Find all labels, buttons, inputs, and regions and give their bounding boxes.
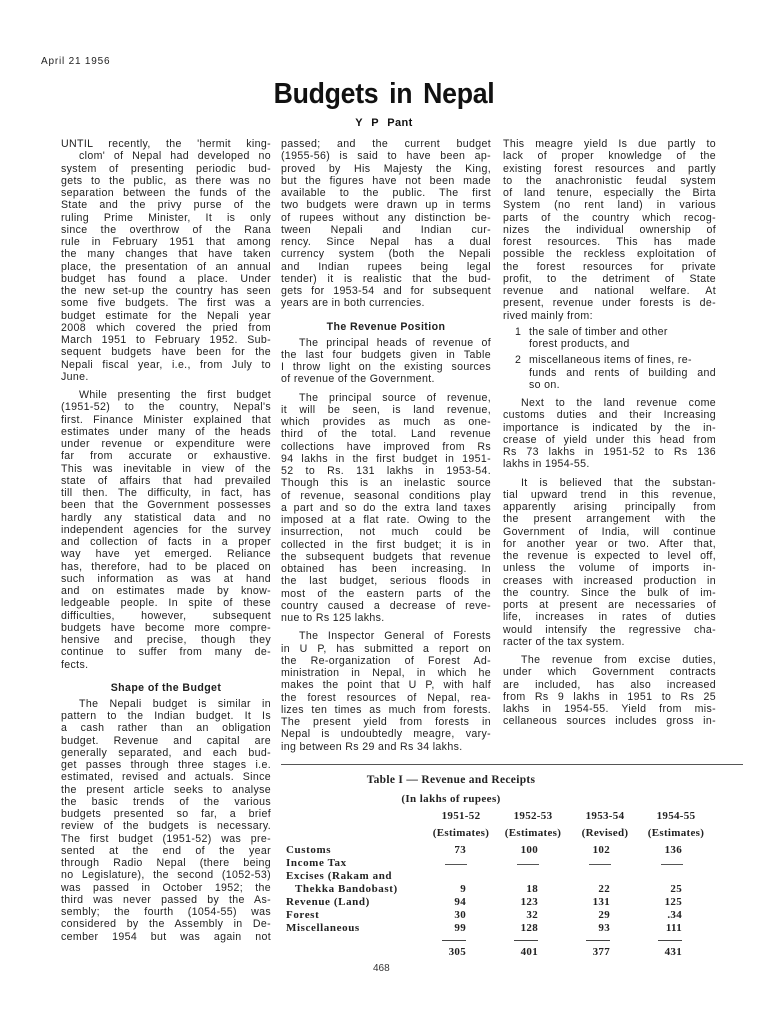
text-line: March 1951 to February 1952. Sub- <box>61 334 271 346</box>
row-label: Excises (Rakam and <box>286 870 392 882</box>
list-item-text: the sale of timber and other <box>529 326 668 338</box>
text-line: some five budgets. The first was a <box>61 297 271 309</box>
text-line: the Re-organization of Forest Ad- <box>281 655 491 667</box>
total-cell: 431 <box>642 946 682 958</box>
text-line: independent agencies for the survey <box>61 524 271 536</box>
text-line: imposed at a flat rate. Owing to the <box>281 514 491 526</box>
table-cell: 93 <box>570 922 610 934</box>
table-cell: 125 <box>642 896 682 908</box>
text-line: most of the eastern parts of the <box>281 588 491 600</box>
text-line: has, therefore, had to be placed on <box>61 561 271 573</box>
text-line: It is believed that the substan- <box>503 477 716 489</box>
text-line: lizes ten times as much from forests. <box>281 704 491 716</box>
column-1: UNTIL recently, the 'hermit king-clom' o… <box>61 138 271 943</box>
list-item-line: so on. <box>503 379 716 391</box>
text-line: existing forest resources and partly <box>503 163 716 175</box>
text-line: Nepal is undoubtedly meagre, vary- <box>281 728 491 740</box>
text-line: review of the budgets is necessary. <box>61 820 271 832</box>
numbered-list: 1the sale of timber and otherforest prod… <box>503 326 716 391</box>
text-line: importance is indicated by the in- <box>503 422 716 434</box>
row-label: Revenue (Land) <box>286 896 370 908</box>
paragraph: The Nepali budget is similar inpattern t… <box>61 698 271 943</box>
text-line: The Inspector General of Forests <box>281 630 491 642</box>
table-cell: 30 <box>426 909 466 921</box>
text-line: fects. <box>61 659 271 671</box>
table-cell: 100 <box>498 844 538 856</box>
text-line: and Indian rupees being legal <box>281 261 491 273</box>
text-line: difficulties, however, subsequent <box>61 610 271 622</box>
nil-dash <box>517 864 539 865</box>
list-item-line: funds and rents of building and <box>503 367 716 379</box>
text-line: the new set-up the country has seen <box>61 285 271 297</box>
text-line: available to the public. The first <box>281 187 491 199</box>
table-cell: 9 <box>426 883 466 895</box>
text-line: ing between Rs 29 and Rs 34 lakhs. <box>281 741 491 753</box>
text-line: nue to Rs 125 lakhs. <box>281 612 491 624</box>
paragraph: passed; and the current budget(1955-56) … <box>281 138 491 310</box>
text-line: and on estimates made by know- <box>61 585 271 597</box>
text-line: State and the privy purse of the <box>61 199 271 211</box>
text-line: The principal source of revenue, <box>281 392 491 404</box>
text-line: rived mainly from: <box>503 310 716 322</box>
text-line: through Radio Nepal (there being <box>61 857 271 869</box>
list-item-text: miscellaneous items of fines, re- <box>529 354 692 366</box>
section-heading: The Revenue Position <box>281 320 491 334</box>
text-line: budget has found a place. Under <box>61 273 271 285</box>
text-line: generally separated, and each bud- <box>61 747 271 759</box>
text-line: hensive and precise, though they <box>61 634 271 646</box>
text-line: I throw light on the existing sources <box>281 361 491 373</box>
text-line: tial upward trend in this revenue, <box>503 489 716 501</box>
text-line: the last four budgets given in Table <box>281 349 491 361</box>
text-line: lakhs in 1954-55. Yield from mis- <box>503 703 716 715</box>
text-line: been that the Government possesses <box>61 499 271 511</box>
text-line: considered by the Assembly in De- <box>61 918 271 930</box>
text-line: lack of proper knowledge of the <box>503 150 716 162</box>
text-line: sembly; the fourth (1054-55) was <box>61 906 271 918</box>
text-line: till then. The difficulty, in fact, has <box>61 487 271 499</box>
text-line: budget estimate for the Nepali year <box>61 310 271 322</box>
paragraph: Next to the land revenue comecustoms dut… <box>503 397 716 471</box>
text-line: present, revenue under forests is de- <box>503 297 716 309</box>
table-cell: 111 <box>642 922 682 934</box>
text-line: a cash rather than an obligation <box>61 722 271 734</box>
text-line: rule in February 1951 that among <box>61 236 271 248</box>
text-line: possible the reckless exploitation of <box>503 248 716 260</box>
text-line: cember 1954 but was again not <box>61 931 271 943</box>
table-cell: 18 <box>498 883 538 895</box>
text-line: was passed in October 1952; the <box>61 882 271 894</box>
table-cell: 32 <box>498 909 538 921</box>
text-line: the subsequent budgets that revenue <box>281 551 491 563</box>
text-line: This was inevitable in view of the <box>61 463 271 475</box>
text-line: While presenting the first budget <box>61 389 271 401</box>
text-line: System (no rent land) in various <box>503 199 716 211</box>
text-line: which provides as much as one- <box>281 416 491 428</box>
text-line: hardly any statistical data and no <box>61 512 271 524</box>
column-2: passed; and the current budget(1955-56) … <box>281 138 491 753</box>
section-heading: Shape of the Budget <box>61 681 271 695</box>
table-cell: 25 <box>642 883 682 895</box>
table-cell: 123 <box>498 896 538 908</box>
text-line: This meagre yield Is due partly to <box>503 138 716 150</box>
text-line: Though this is an inelastic source <box>281 477 491 489</box>
text-line: the forest resources for private <box>503 261 716 273</box>
column-header-type: (Estimates) <box>636 827 716 839</box>
text-line: third was never passed by the As- <box>61 894 271 906</box>
column-header-year: 1952-53 <box>493 810 573 822</box>
text-line: sequent budgets have been for the <box>61 346 271 358</box>
text-line: for another year or two. After that, <box>503 538 716 550</box>
text-line: would intensify the regressive cha- <box>503 624 716 636</box>
nil-dash <box>445 864 467 865</box>
text-line: lakhs in 1954-55. <box>503 458 716 470</box>
text-line: The revenue from excise duties, <box>503 654 716 666</box>
text-line: Nepali fiscal year, i.e., from July to <box>61 359 271 371</box>
text-line: The Nepali budget is similar in <box>61 698 271 710</box>
text-line: The first budget (1951-52) was pre- <box>61 833 271 845</box>
row-label-continued: Thekka Bandobast) <box>295 883 398 895</box>
list-item-line: forest products, and <box>503 338 716 350</box>
text-line: budgets have become more compre- <box>61 622 271 634</box>
text-line: gets to the public, as there was no <box>61 175 271 187</box>
text-line: the many changes that have taken <box>61 248 271 260</box>
paragraph: UNTIL recently, the 'hermit king-clom' o… <box>61 138 271 383</box>
text-line: makes the point that U P, with half <box>281 679 491 691</box>
column-header-type: (Estimates) <box>421 827 501 839</box>
table-cell: 102 <box>570 844 610 856</box>
row-label: Customs <box>286 844 331 856</box>
text-line: The present yield from forests in <box>281 716 491 728</box>
list-item-number: 2 <box>515 354 529 366</box>
text-line: insurrection, not much could be <box>281 526 491 538</box>
table-cell: 131 <box>570 896 610 908</box>
text-line: but the figures have not been made <box>281 175 491 187</box>
text-line: of rupees without any distinction be- <box>281 212 491 224</box>
table-caption: Table I — Revenue and Receipts <box>281 774 621 786</box>
text-line: June. <box>61 371 271 383</box>
text-line: estimated, revised and actuals. Since <box>61 771 271 783</box>
text-line: two budgets were drawn up in terms <box>281 199 491 211</box>
column-3: This meagre yield Is due partly tolack o… <box>503 138 716 728</box>
text-line: separation between the funds of the <box>61 187 271 199</box>
text-line: (1955-56) is said to have been ap- <box>281 150 491 162</box>
text-line: state of affairs that had prevailed <box>61 475 271 487</box>
text-line: the basic trends of the various <box>61 796 271 808</box>
table-cell: 99 <box>426 922 466 934</box>
text-line: get passes through three stages i.e. <box>61 759 271 771</box>
text-line: life, increases in rates of duties <box>503 611 716 623</box>
text-line: cellaneous sources includes gross in- <box>503 715 716 727</box>
text-line: passed; and the current budget <box>281 138 491 150</box>
column-header-type: (Revised) <box>565 827 645 839</box>
text-line: country caused a decrease of reve- <box>281 600 491 612</box>
paragraph: The revenue from excise duties,under whi… <box>503 654 716 728</box>
text-line: profit, to the detriment of State <box>503 273 716 285</box>
revenue-table: Table I — Revenue and Receipts (In lakhs… <box>281 764 743 964</box>
text-line: estimates under many of the heads <box>61 426 271 438</box>
sum-rule <box>586 940 610 941</box>
text-line: collected in the first budget; it is in <box>281 539 491 551</box>
text-line: the forest resources of Nepal, rea- <box>281 692 491 704</box>
paragraph: The principal source of revenue,it will … <box>281 392 491 625</box>
row-label: Income Tax <box>286 857 347 869</box>
table-cell: 136 <box>642 844 682 856</box>
sum-rule <box>514 940 538 941</box>
table-cell: 128 <box>498 922 538 934</box>
sum-rule <box>442 940 466 941</box>
text-line: far from accurate or exhaustive. <box>61 450 271 462</box>
column-header-year: 1954-55 <box>636 810 716 822</box>
table-cell: 29 <box>570 909 610 921</box>
total-cell: 401 <box>498 946 538 958</box>
text-line: nizes the individual ownership of <box>503 224 716 236</box>
row-label: Miscellaneous <box>286 922 360 934</box>
text-line: in U P, has submitted a report on <box>281 643 491 655</box>
text-line: creases with increased production in <box>503 575 716 587</box>
list-item-number: 1 <box>515 326 529 338</box>
total-cell: 305 <box>426 946 466 958</box>
text-line: the last budget, serious floods in <box>281 575 491 587</box>
text-line: of land tenure, especially the Birta <box>503 187 716 199</box>
text-line: crease of yield under this head from <box>503 434 716 446</box>
text-line: ministration in Nepal, in which he <box>281 667 491 679</box>
page-number: 468 <box>373 963 390 974</box>
text-line: no Legislature), the second (1052-53) <box>61 869 271 881</box>
text-line: rency. Since Nepal has a dual <box>281 236 491 248</box>
text-line: tender) it is realistic that the bud- <box>281 273 491 285</box>
text-line: and collection of facts in a proper <box>61 536 271 548</box>
text-line: currency system (both the Nepali <box>281 248 491 260</box>
text-line: pattern to the Indian budget. It Is <box>61 710 271 722</box>
text-line: Government of India, will continue <box>503 526 716 538</box>
text-line: The principal heads of revenue of <box>281 337 491 349</box>
sum-rule <box>658 940 682 941</box>
text-line: 52 to Rs. 131 lakhs in 1953-54. <box>281 465 491 477</box>
text-line: a part and so do the extra land taxes <box>281 502 491 514</box>
article-title: Budgets in Nepal <box>31 78 738 111</box>
text-line: UNTIL recently, the 'hermit king- <box>61 138 271 150</box>
table-cell: .34 <box>642 909 682 921</box>
text-line: under revenue or expenditure were <box>61 438 271 450</box>
text-line: to the anachronistic feudal system <box>503 175 716 187</box>
text-line: under which Government contracts <box>503 666 716 678</box>
text-line: budget. Revenue and capital are <box>61 735 271 747</box>
text-line: continue to suffer from many de- <box>61 646 271 658</box>
total-cell: 377 <box>570 946 610 958</box>
paragraph: It is believed that the substan-tial upw… <box>503 477 716 649</box>
text-line: proved by His Majesty the King, <box>281 163 491 175</box>
text-line: are included, has also increased <box>503 679 716 691</box>
text-line: it will be seen, is land revenue, <box>281 404 491 416</box>
text-line: parts of the country which recog- <box>503 212 716 224</box>
text-line: obtained has been increasing. In <box>281 563 491 575</box>
paragraph: The principal heads of revenue ofthe las… <box>281 337 491 386</box>
author-byline: Y P Pant <box>0 117 768 129</box>
text-line: ruling Prime Minister, It is only <box>61 212 271 224</box>
text-line: customs duties and their Increasing <box>503 409 716 421</box>
text-line: Next to the land revenue come <box>503 397 716 409</box>
paragraph: The Inspector General of Forestsin U P, … <box>281 630 491 753</box>
text-line: way have yet emerged. Reliance <box>61 548 271 560</box>
text-line: Rs 73 lakhs in 1951-52 to Rs 136 <box>503 446 716 458</box>
text-line: from Rs 9 lakhs in 1951 to Rs 25 <box>503 691 716 703</box>
text-line: forest resources. This has made <box>503 236 716 248</box>
text-line: the present arrangement with the <box>503 513 716 525</box>
table-cell: 22 <box>570 883 610 895</box>
text-line: the present article seeks to analyse <box>61 784 271 796</box>
text-line: clom' of Nepal had developed no <box>61 150 271 162</box>
text-line: gets for 1953-54 and for subsequent <box>281 285 491 297</box>
table-subcaption: (In lakhs of rupees) <box>281 793 621 805</box>
text-line: collections have improved from Rs <box>281 441 491 453</box>
text-line: third of the total. Land revenue <box>281 428 491 440</box>
text-line: sented at the end of the year <box>61 845 271 857</box>
text-line: the country. Since the bulk of im- <box>503 587 716 599</box>
paragraph: While presenting the first budget(1951-5… <box>61 389 271 671</box>
table-cell: 94 <box>426 896 466 908</box>
column-header-year: 1953-54 <box>565 810 645 822</box>
list-item-line: 1the sale of timber and other <box>503 326 716 338</box>
text-line: 2008 which covered the pried from <box>61 322 271 334</box>
text-line: (1951-52) to the country, Nepal's <box>61 401 271 413</box>
text-line: revenue and national welfare. At <box>503 285 716 297</box>
column-header-year: 1951-52 <box>421 810 501 822</box>
column-header-type: (Estimates) <box>493 827 573 839</box>
table-top-rule <box>281 764 743 765</box>
text-line: ledgeable people. In spite of these <box>61 597 271 609</box>
text-line: such information as was at hand <box>61 573 271 585</box>
text-line: since the overthrow of the Rana <box>61 224 271 236</box>
text-line: place, the presentation of an annual <box>61 261 271 273</box>
issue-date: April 21 1956 <box>41 56 110 67</box>
text-line: racter of the tax system. <box>503 636 716 648</box>
nil-dash <box>589 864 611 865</box>
text-line: of revenue, seasonal conditions play <box>281 490 491 502</box>
text-line: ports at present are necessaries of <box>503 599 716 611</box>
text-line: tween Nepali and Indian cur- <box>281 224 491 236</box>
text-line: first. Finance Minister explained that <box>61 414 271 426</box>
text-line: 94 lakhs in the first budget in 1951- <box>281 453 491 465</box>
list-item-line: 2miscellaneous items of fines, re- <box>503 354 716 366</box>
text-line: of revenue of the Government. <box>281 373 491 385</box>
row-label: Forest <box>286 909 319 921</box>
table-cell: 73 <box>426 844 466 856</box>
text-line: the revenue is expected to level off, <box>503 550 716 562</box>
text-line: apparently arising principally from <box>503 501 716 513</box>
text-line: budgets presented so far, a brief <box>61 808 271 820</box>
text-line: system of presenting periodic bud- <box>61 163 271 175</box>
paragraph: This meagre yield Is due partly tolack o… <box>503 138 716 322</box>
text-line: unless the volume of imports in- <box>503 562 716 574</box>
text-line: years are in both currencies. <box>281 297 491 309</box>
nil-dash <box>661 864 683 865</box>
